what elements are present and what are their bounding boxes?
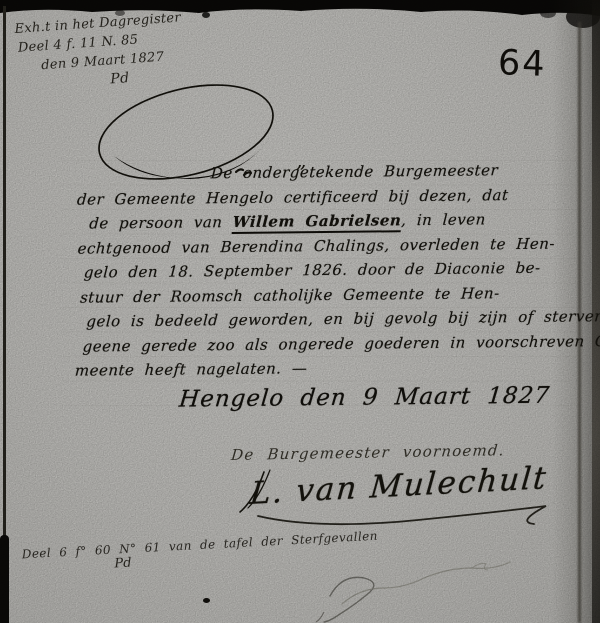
registration-note: Exh.t in het Dagregister Deel 4 f. 11 N.… xyxy=(14,8,186,95)
body-line-9: meente heeft nagelaten. — xyxy=(74,353,585,383)
registration-note-initials: Pd xyxy=(110,65,186,89)
ink-blot xyxy=(203,598,210,603)
certificate-body: De ondergetekende Burgemeester der Gemee… xyxy=(71,157,586,413)
page-number: 64 xyxy=(497,43,547,85)
body-line-3-pre: de persoon van xyxy=(89,213,233,233)
signature: L. van Mulechult xyxy=(249,460,550,512)
scan-bottom-left-corner xyxy=(0,535,9,623)
archive-note: Deel 6 f° 60 N° 61 van de tafel der Ster… xyxy=(21,529,378,577)
deceased-name: Willem Gabrielsen xyxy=(232,211,402,234)
document-scan: Exh.t in het Dagregister Deel 4 f. 11 N.… xyxy=(0,0,600,623)
body-line-3-post: , in leven xyxy=(401,210,487,229)
scan-left-edge-line xyxy=(3,6,6,623)
closing-title: De Burgemeester voornoemd. xyxy=(230,441,505,464)
body-line-1: De ondergetekende Burgemeester xyxy=(210,157,583,185)
dateline: Hengelo den 9 Maart 1827 xyxy=(178,382,586,412)
